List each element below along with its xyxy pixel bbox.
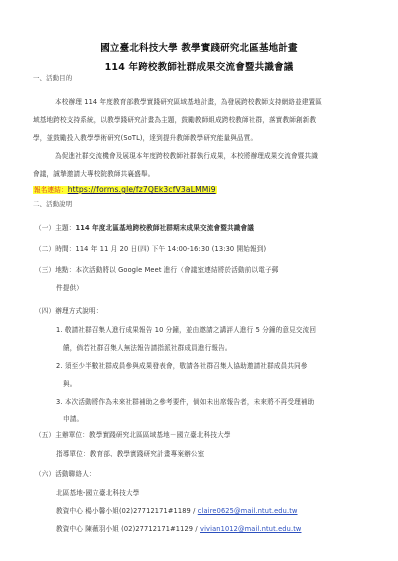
- registration-link[interactable]: https://forms.gle/fz7QEk3cfV3aLMMi9: [68, 185, 216, 194]
- method-point-1-line2: 饋，倘若社群召集人無法報告請指派社群成員進行報告。: [63, 344, 232, 353]
- contact-person-1: 教資中心 楊小馨小姐(02)27712171#1189 / claire0625…: [56, 507, 298, 516]
- paragraph2-line2: 會議，誠摯邀請大專校院教師共襄盛舉。: [33, 170, 154, 179]
- contact-person-1-email[interactable]: claire0625@mail.ntut.edu.tw: [198, 507, 298, 515]
- document-title-line1: 國立臺北科技大學 教學實踐研究北區基地計畫: [0, 40, 398, 54]
- item-location-cont: 件提供）: [56, 284, 83, 293]
- document-page: 國立臺北科技大學 教學實踐研究北區基地計畫 114 年跨校教師社群成果交流會暨共…: [0, 0, 398, 561]
- item-organizer-text: 教學實踐研究北區區域基地－國立臺北科技大學: [89, 431, 231, 439]
- contact-person-2-email[interactable]: vivian1012@mail.ntut.edu.tw: [200, 525, 301, 533]
- item-theme-text: 114 年度北區基地跨校教師社群期末成果交流會暨共識會議: [75, 224, 254, 232]
- item-organizer: （五）主辦單位：教學實踐研究北區區域基地－國立臺北科技大學: [35, 431, 231, 440]
- paragraph1-line1: 本校辦理 114 年度教育部教學實踐研究區域基地計畫，為發展跨校教師支持網絡並建…: [55, 98, 322, 107]
- paragraph2-line1: 為促進社群交流機會及展現本年度跨校教師社群執行成果，本校將辦理成果交流會暨共識: [55, 152, 318, 161]
- paragraph1-line2: 域基地跨校支持系統，以教學踐研究計畫為主題，鼓勵教師組成跨校教師社群，落實教師創…: [33, 116, 316, 125]
- method-point-3-line2: 申請。: [63, 415, 83, 424]
- item-location-text: 本次活動將以 Google Meet 進行（會議室連結將於活動前以電子郵: [75, 266, 278, 274]
- method-point-2-line1: 2. 須至少半數社群成員參與成果發表會，敬請各社群召集人協助邀請社群成員共同參: [56, 362, 308, 371]
- contact-person-1-info: 教資中心 楊小馨小姐(02)27712171#1189 /: [56, 507, 198, 515]
- item-organizer-label: （五）主辦單位：: [35, 431, 89, 439]
- paragraph1-line3: 學，並鼓勵投入教學學術研究(SoTL)，達到提升教師教學研究能量與品質。: [33, 134, 257, 143]
- registration-row: 報名連結：https://forms.gle/fz7QEk3cfV3aLMMi9: [33, 185, 217, 195]
- section2-heading: 二、活動說明: [33, 200, 72, 209]
- registration-label: 報名連結：: [34, 186, 68, 194]
- contact-person-2: 教資中心 陳薇羽小姐 (02)27712171#1129 / vivian101…: [56, 525, 301, 534]
- item-theme-label: （一）主題：: [35, 224, 75, 232]
- contacts-org: 北區基地-國立臺北科技大學: [56, 489, 139, 498]
- item-method: （四）辦理方式說明：: [35, 307, 102, 316]
- section1-heading: 一、活動目的: [33, 74, 72, 83]
- item-time-text: 114 年 11 月 20 日(四) 下午 14:00-16:30 (13:30…: [75, 245, 266, 253]
- item-contacts: （六）活動聯絡人：: [35, 470, 96, 479]
- method-point-2-line2: 與。: [63, 380, 77, 389]
- item-location-label: （三）地點：: [35, 266, 75, 274]
- item-location: （三）地點：本次活動將以 Google Meet 進行（會議室連結將於活動前以電…: [35, 266, 278, 275]
- document-title-line2: 114 年跨校教師社群成果交流會暨共識會議: [0, 59, 398, 73]
- item-advisor-text: 教育部、教學實踐研究計畫專案辦公室: [90, 450, 205, 458]
- item-advisor-label: 指導單位：: [56, 450, 90, 458]
- registration-highlight: 報名連結：https://forms.gle/fz7QEk3cfV3aLMMi9: [33, 186, 217, 194]
- method-point-1-line1: 1. 敬請社群召集人進行成果報告 10 分鐘，並由邀請之講評人進行 5 分鐘的意…: [56, 326, 316, 335]
- item-theme: （一）主題：114 年度北區基地跨校教師社群期末成果交流會暨共識會議: [35, 224, 254, 233]
- contact-person-2-info: 教資中心 陳薇羽小姐 (02)27712171#1129 /: [56, 525, 200, 533]
- item-advisor: 指導單位：教育部、教學實踐研究計畫專案辦公室: [56, 450, 204, 459]
- item-time: （二）時間：114 年 11 月 20 日(四) 下午 14:00-16:30 …: [35, 245, 266, 254]
- item-time-label: （二）時間：: [35, 245, 75, 253]
- method-point-3-line1: 3. 本次活動將作為未來社群補助之參考要件，倘如未出席報告者，未來將不再受理補助: [56, 398, 314, 407]
